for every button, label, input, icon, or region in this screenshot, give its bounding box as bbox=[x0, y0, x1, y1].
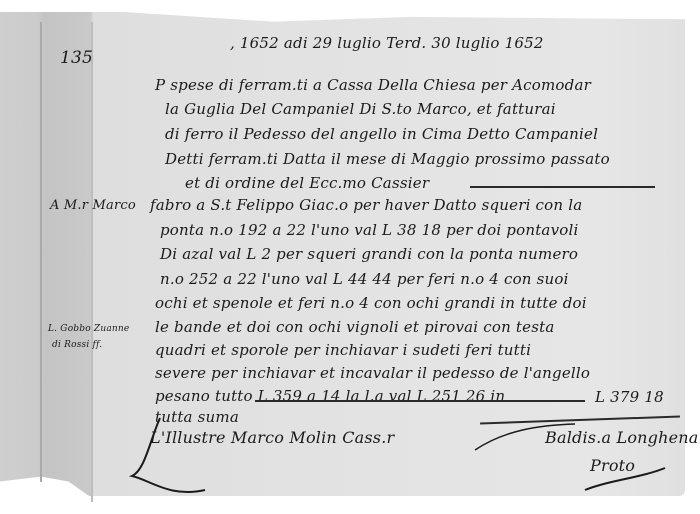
margin-payee: A M.r Marco bbox=[50, 198, 136, 213]
entry-total: L 379 18 bbox=[595, 388, 664, 406]
signature-name: Baldis.a Longhena bbox=[545, 428, 699, 447]
body-line: tutta suma bbox=[155, 408, 239, 426]
side-note-line: L. Gobbo Zuanne bbox=[48, 322, 129, 336]
body-line: quadri et sporole per inchiavar i sudeti… bbox=[155, 341, 531, 359]
body-line: severe per inchiavar et incavalar il ped… bbox=[155, 364, 590, 382]
heading-line: Detti ferram.ti Datta il mese di Maggio … bbox=[165, 150, 610, 168]
date-line: , 1652 adi 29 luglio Terd. 30 luglio 165… bbox=[230, 34, 544, 52]
heading-line: et di ordine del Ecc.mo Cassier bbox=[185, 174, 429, 192]
binding-stub-edge bbox=[40, 22, 42, 482]
body-line: n.o 252 a 22 l'uno val L 44 44 per feri … bbox=[160, 270, 569, 288]
side-note-line: di Rossi ff. bbox=[52, 338, 102, 352]
body-line: ponta n.o 192 a 22 l'uno val L 38 18 per… bbox=[160, 221, 578, 239]
heading-line: P spese di ferram.ti a Cassa Della Chies… bbox=[155, 76, 591, 94]
dash-rule bbox=[470, 186, 655, 188]
body-line: Di azal val L 2 per squeri grandi con la… bbox=[160, 245, 578, 263]
dash-rule bbox=[255, 400, 585, 402]
body-line: fabro a S.t Felippo Giac.o per haver Dat… bbox=[150, 196, 582, 214]
approval-line: L'Illustre Marco Molin Cass.r bbox=[150, 428, 394, 447]
signature-title: Proto bbox=[590, 456, 635, 475]
body-line: pesano tutto L 359 a 14 la l.a val L 251… bbox=[155, 387, 505, 405]
body-line: ochi et spenole et feri n.o 4 con ochi g… bbox=[155, 294, 587, 312]
folio-number: 135 bbox=[60, 48, 93, 68]
heading-line: la Guglia Del Campaniel Di S.to Marco, e… bbox=[165, 100, 556, 118]
manuscript-scan: 135 , 1652 adi 29 luglio Terd. 30 luglio… bbox=[0, 0, 700, 514]
page-gutter-edge bbox=[91, 22, 93, 502]
heading-line: di ferro il Pedesso del angello in Cima … bbox=[165, 125, 598, 143]
body-line: le bande et doi con ochi vignoli et piro… bbox=[155, 318, 555, 336]
